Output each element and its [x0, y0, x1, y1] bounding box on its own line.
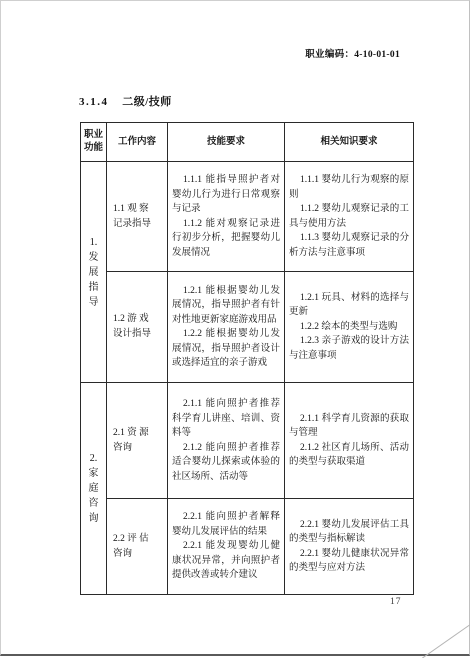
work-content-cell: 1.1 观 察 记录指导 [107, 162, 168, 272]
skills-cell: 1.2.1 能根据婴幼儿发展情况，指导照护者有针对性地更新家庭游戏用品 1.2.… [168, 272, 285, 383]
knowledge-cell: 2.1.1 科学育儿资源的获取与管理 2.1.2 社区育儿场所、活动的类型与获取… [285, 383, 414, 499]
page-corner-edge [422, 624, 470, 658]
skill-item: 2.1.2 能向照护者推荐适合婴幼儿探索或体验的社区场所、活动等 [168, 441, 284, 485]
table-row: 1. 发 展 指 导 1.1 观 察 记录指导 1.1.1 能指导照护者对婴幼儿… [81, 162, 414, 272]
page-number: 17 [390, 597, 402, 607]
skills-cell: 2.1.1 能向照护者推荐科学育儿讲座、培训、资料等 2.1.2 能向照护者推荐… [168, 383, 285, 499]
function-label: 1. 发 展 指 导 [81, 235, 106, 310]
work-content-label: 1.1 观 察 记录指导 [107, 202, 167, 232]
section-title: 二级/技师 [122, 96, 172, 108]
table-row: 2. 家 庭 咨 询 2.1 资 源 咨询 2.1.1 能向照护者推荐科学育儿讲… [81, 383, 414, 499]
work-content-cell: 2.1 资 源 咨询 [107, 383, 168, 499]
skill-item: 1.2.1 能根据婴幼儿发展情况，指导照护者有针对性地更新家庭游戏用品 [168, 284, 284, 328]
knowledge-item: 1.2.2 绘本的类型与选购 [285, 320, 413, 335]
header-skills: 技能要求 [168, 123, 285, 162]
work-content-label: 2.2 评 估 咨询 [107, 532, 167, 562]
knowledge-item: 2.1.2 社区育儿场所、活动的类型与获取渠道 [285, 441, 413, 470]
document-page: 职业编码：4-10-01-01 3.1.4 二级/技师 职业功能 工作内容 技能… [0, 0, 470, 656]
work-content-label: 2.1 资 源 咨询 [107, 426, 167, 456]
knowledge-cell: 1.1.1 婴幼儿行为观察的原则 1.1.2 婴幼儿观察记录的工具与使用方法 1… [285, 162, 414, 272]
skill-item: 2.2.1 能向照护者解释婴幼儿发展评估的结果 [168, 510, 284, 539]
job-code-label: 职业编码：4-10-01-01 [305, 46, 400, 60]
skills-cell: 2.2.1 能向照护者解释婴幼儿发展评估的结果 2.2.1 能发现婴幼儿健康状况… [168, 499, 285, 595]
skill-item: 2.2.1 能发现婴幼儿健康状况异常，并向照护者提供改善或转介建议 [168, 539, 284, 583]
knowledge-item: 1.1.1 婴幼儿行为观察的原则 [285, 173, 413, 202]
occupation-standard-table: 职业功能 工作内容 技能要求 相关知识要求 1. 发 展 指 导 1.1 观 察… [80, 122, 414, 595]
table-row: 1.2 游 戏 设计指导 1.2.1 能根据婴幼儿发展情况，指导照护者有针对性地… [81, 272, 414, 383]
header-function: 职业功能 [81, 123, 107, 162]
knowledge-item: 1.1.3 婴幼儿观察记录的分析方法与注意事项 [285, 231, 413, 260]
work-content-cell: 1.2 游 戏 设计指导 [107, 272, 168, 383]
skill-item: 1.1.2 能对观察记录进行初步分析，把握婴幼儿发展情况 [168, 217, 284, 261]
table-header-row: 职业功能 工作内容 技能要求 相关知识要求 [81, 123, 414, 162]
skill-item: 1.2.2 能根据婴幼儿发展情况，指导照护者设计或选择适宜的亲子游戏 [168, 327, 284, 371]
knowledge-cell: 2.2.1 婴幼儿发展评估工具的类型与指标解读 2.2.1 婴幼儿健康状况异常的… [285, 499, 414, 595]
function-label: 2. 家 庭 咨 询 [81, 451, 106, 526]
section-heading: 3.1.4 二级/技师 [79, 93, 172, 109]
work-content-cell: 2.2 评 估 咨询 [107, 499, 168, 595]
knowledge-item: 1.2.3 亲子游戏的设计方法与注意事项 [285, 334, 413, 363]
knowledge-item: 2.2.1 婴幼儿发展评估工具的类型与指标解读 [285, 518, 413, 547]
header-content: 工作内容 [107, 123, 168, 162]
skill-item: 2.1.1 能向照护者推荐科学育儿讲座、培训、资料等 [168, 397, 284, 441]
function-cell-family-consultation: 2. 家 庭 咨 询 [81, 383, 107, 595]
skill-item: 1.1.1 能指导照护者对婴幼儿行为进行日常观察与记录 [168, 173, 284, 217]
knowledge-item: 2.1.1 科学育儿资源的获取与管理 [285, 412, 413, 441]
work-content-label: 1.2 游 戏 设计指导 [107, 312, 167, 342]
section-number: 3.1.4 [79, 96, 109, 108]
header-knowledge: 相关知识要求 [285, 123, 414, 162]
function-cell-development-guidance: 1. 发 展 指 导 [81, 162, 107, 383]
knowledge-cell: 1.2.1 玩具、材料的选择与更新 1.2.2 绘本的类型与选购 1.2.3 亲… [285, 272, 414, 383]
skills-cell: 1.1.1 能指导照护者对婴幼儿行为进行日常观察与记录 1.1.2 能对观察记录… [168, 162, 285, 272]
table-row: 2.2 评 估 咨询 2.2.1 能向照护者解释婴幼儿发展评估的结果 2.2.1… [81, 499, 414, 595]
knowledge-item: 1.2.1 玩具、材料的选择与更新 [285, 291, 413, 320]
knowledge-item: 2.2.1 婴幼儿健康状况异常的类型与应对方法 [285, 547, 413, 576]
knowledge-item: 1.1.2 婴幼儿观察记录的工具与使用方法 [285, 202, 413, 231]
